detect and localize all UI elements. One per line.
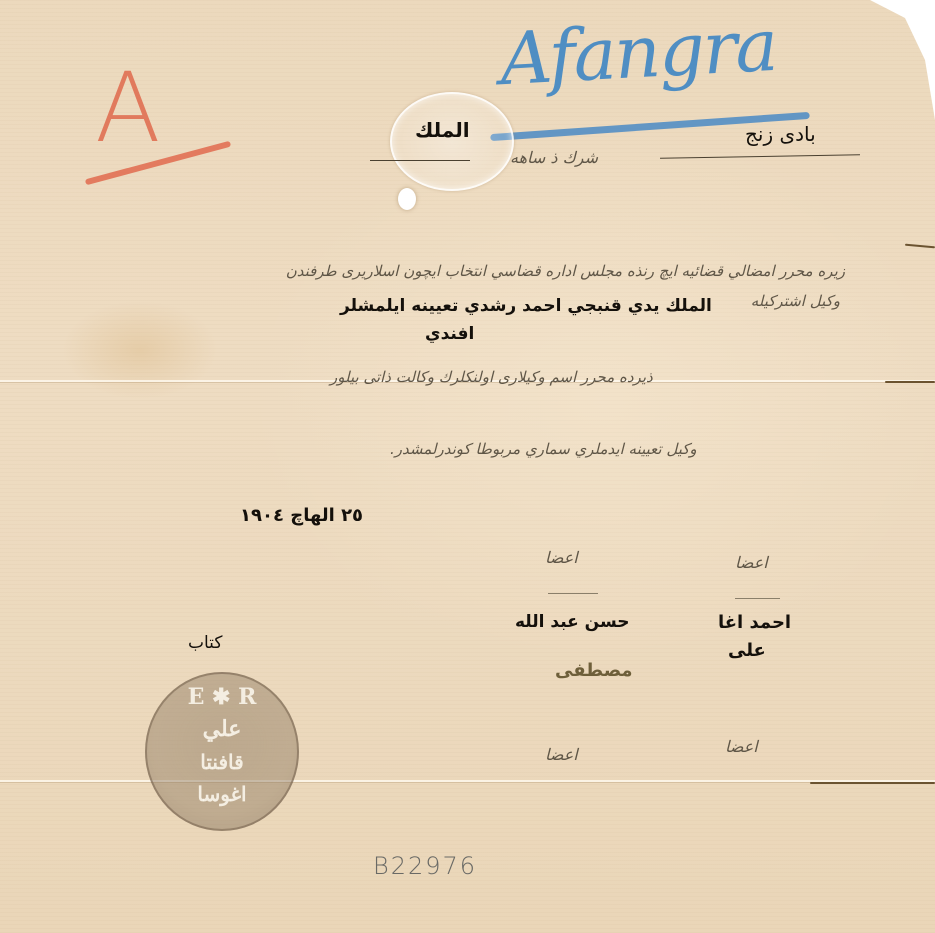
signature-name-right-2: على — [728, 640, 766, 661]
seal-line-4: اغوسا — [147, 782, 297, 806]
signature-label-right-upper: اعضا — [735, 553, 768, 572]
body-line-6: وكيل تعيينه ايدملري سماري مربوطا كوندرلم… — [390, 440, 697, 458]
tear-mark-right-middle — [885, 381, 935, 383]
body-line-2: وكيل اشتركيله — [751, 292, 840, 310]
blue-pencil-annotation: Afangra — [498, 3, 778, 101]
heading-rule-left — [370, 160, 470, 161]
body-line-5: ذيرده محرر اسم وكيلارى اولنكلرك وكالت ذا… — [330, 368, 653, 386]
signature-label-right-lower: اعضا — [725, 737, 758, 756]
signature-name-right-1: احمد اغا — [718, 612, 791, 633]
body-line-4-title: افندي — [425, 324, 474, 344]
signature-dash-middle-upper — [548, 593, 598, 594]
scribe-label: كتاب — [188, 633, 222, 653]
paper-hole — [398, 188, 416, 210]
seal-line-2: علي — [147, 716, 297, 742]
signature-name-middle-1: حسن عبد الله — [515, 612, 630, 632]
body-line-3-name: الملك يدي قنبجي احمد رشدي تعيينه ايلمشلر — [340, 296, 712, 316]
body-line-1: زيره محرر امضالي قضائيه ايچ رنذه مجلس اد… — [286, 262, 845, 280]
date-month: الهاچ — [290, 505, 335, 526]
red-pencil-mark: A — [95, 52, 161, 164]
signature-dash-right-upper — [735, 598, 780, 599]
seal-line-3: قافنتا — [147, 750, 297, 774]
signature-name-middle-2: مصطفى — [555, 660, 633, 681]
ink-seal: E ✱ R علي قافنتا اغوسا — [145, 672, 299, 831]
document-date: ٢٥ الهاچ ١٩٠٤ — [240, 505, 363, 526]
tear-mark-bottom — [810, 782, 935, 784]
signature-label-middle-upper: اعضا — [545, 548, 578, 567]
seal-line-1: E ✱ R — [147, 684, 297, 710]
signature-label-middle-lower: اعضا — [545, 745, 578, 764]
recipient-line: بادی زنج — [745, 122, 816, 146]
fold-line-lower — [0, 780, 935, 782]
date-year: ١٩٠٤ — [240, 505, 284, 526]
date-day: ٢٥ — [341, 505, 363, 526]
catalog-number: B22976 — [373, 852, 477, 880]
emboss-signature: الملك — [415, 118, 470, 142]
subtitle-line: شرك ذ ساهه — [510, 148, 598, 167]
